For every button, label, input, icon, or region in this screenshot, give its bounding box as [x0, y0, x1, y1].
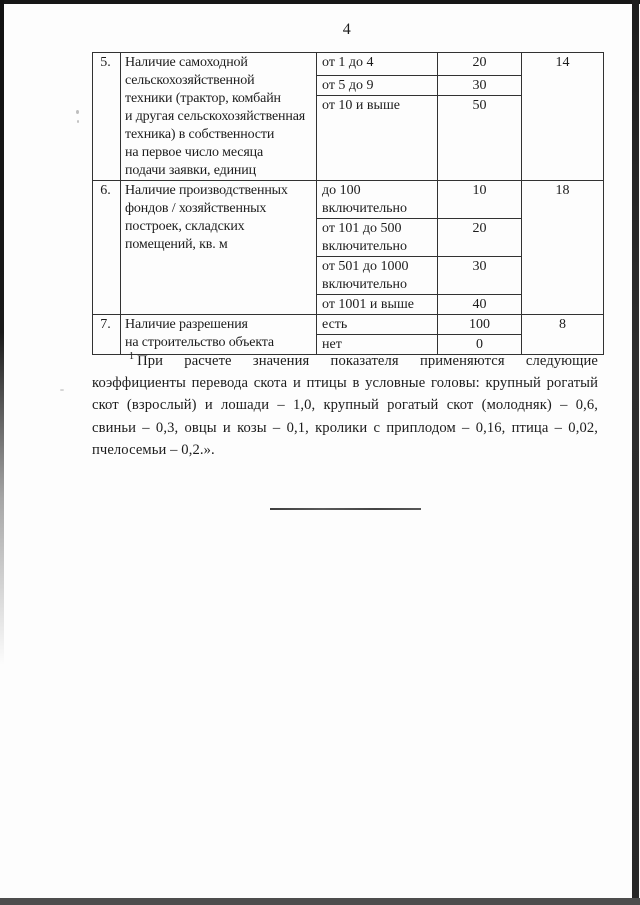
table-row: 7. Наличие разрешения на строительство о… — [93, 315, 604, 335]
score-table: 5. Наличие самоходной сельскохозяйственн… — [92, 52, 604, 355]
scan-edge-bottom — [0, 898, 640, 905]
row-number-cell: 7. — [93, 315, 121, 355]
range-cell: от 10 и выше — [317, 96, 438, 181]
range-cell: до 100 включительно — [317, 181, 438, 219]
weight-cell: 8 — [522, 315, 604, 355]
indicator-cell: Наличие самоходной сельскохозяйственной … — [121, 53, 317, 181]
scan-speck — [77, 120, 79, 123]
scan-edge-right — [632, 0, 639, 905]
footnote-line: коэффициенты перевода скота и птицы в ус… — [92, 372, 598, 394]
range-cell: от 1001 и выше — [317, 295, 438, 315]
scan-speck — [60, 389, 64, 391]
score-cell: 20 — [438, 219, 522, 257]
row-number-cell: 6. — [93, 181, 121, 315]
footnote-line: пчелосемьи – 0,2.». — [92, 439, 598, 461]
table-row: 6. Наличие производственных фондов / хоз… — [93, 181, 604, 219]
score-cell: 20 — [438, 53, 522, 76]
range-cell: есть — [317, 315, 438, 335]
score-cell: 50 — [438, 96, 522, 181]
range-cell: от 501 до 1000 включительно — [317, 257, 438, 295]
score-cell: 40 — [438, 295, 522, 315]
footnote: 1При расчете значения показателя применя… — [92, 350, 598, 461]
indicator-cell: Наличие разрешения на строительство объе… — [121, 315, 317, 355]
range-cell: от 101 до 500 включительно — [317, 219, 438, 257]
score-cell: 30 — [438, 257, 522, 295]
footnote-line: свиньи – 0,3, овцы и козы – 0,1, кролики… — [92, 417, 598, 439]
row-number-cell: 5. — [93, 53, 121, 181]
document-page: 4 5. Наличие самоходной сельскохозяйстве… — [0, 0, 640, 905]
weight-cell: 18 — [522, 181, 604, 315]
score-cell: 30 — [438, 76, 522, 96]
footnote-text: При расчете значения показателя применяю… — [137, 353, 598, 369]
indicator-cell: Наличие производственных фондов / хозяйс… — [121, 181, 317, 315]
weight-cell: 14 — [522, 53, 604, 181]
footnote-line: скот (взрослый) и лошади – 1,0, крупный … — [92, 394, 598, 416]
footnote-line: 1При расчете значения показателя применя… — [92, 350, 598, 372]
range-cell: от 5 до 9 — [317, 76, 438, 96]
scan-speck — [76, 110, 79, 114]
score-cell: 100 — [438, 315, 522, 335]
scan-edge-top — [0, 0, 640, 4]
separator-line — [270, 508, 421, 510]
score-cell: 10 — [438, 181, 522, 219]
table-row: 5. Наличие самоходной сельскохозяйственн… — [93, 53, 604, 76]
footnote-marker: 1 — [129, 351, 134, 362]
scan-edge-left — [0, 0, 4, 665]
range-cell: от 1 до 4 — [317, 53, 438, 76]
page-number: 4 — [92, 21, 602, 39]
